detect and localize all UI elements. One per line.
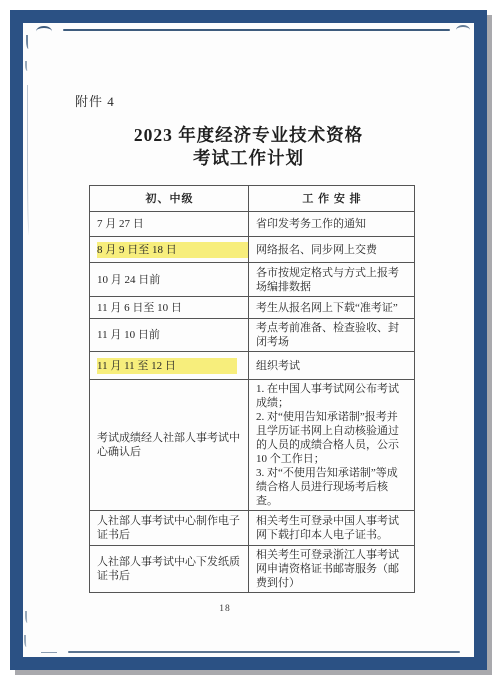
date-cell: 人社部人事考试中心制作电子证书后 — [90, 511, 249, 546]
screenshot-canvas: 附件 4 2023 年度经济专业技术资格 考试工作计划 初、中级 工 作 安 排… — [0, 0, 500, 685]
task-cell: 组织考试 — [249, 352, 415, 380]
task-cell: 各市按规定格式与方式上报考场编排数据 — [249, 263, 415, 297]
scan-artifact-top-line — [63, 29, 450, 31]
attachment-label: 附件 4 — [75, 91, 115, 110]
document-page: 附件 4 2023 年度经济专业技术资格 考试工作计划 初、中级 工 作 安 排… — [23, 23, 474, 657]
task-cell: 考生从报名网上下载“准考证” — [249, 297, 415, 319]
document-title-line2: 考试工作计划 — [23, 147, 474, 170]
task-cell: 省印发考务工作的通知 — [249, 212, 415, 237]
task-item-2: 2. 对“使用告知承诺制”报考并且学历证书网上自动核验通过的人员的成绩合格人员，… — [256, 410, 408, 466]
date-cell: 人社部人事考试中心下发纸质证书后 — [90, 546, 249, 593]
highlighted-date: 11 月 11 至 12 日 — [97, 358, 237, 374]
task-item-1: 1. 在中国人事考试网公布考试成绩； — [256, 382, 408, 410]
table-row: 7 月 27 日 省印发考务工作的通知 — [90, 212, 415, 237]
header-level-column: 初、中级 — [90, 186, 249, 212]
table-row: 11 月 11 至 12 日 组织考试 — [90, 352, 415, 380]
scan-artifact-left-mark — [24, 635, 28, 647]
document-title-line1: 2023 年度经济专业技术资格 — [23, 124, 474, 147]
date-cell: 考试成绩经人社部人事考试中心确认后 — [90, 380, 249, 511]
table-row: 人社部人事考试中心下发纸质证书后 相关考生可登录浙江人事考试网申请资格证书邮寄服… — [90, 546, 415, 593]
exam-schedule-table: 初、中级 工 作 安 排 7 月 27 日 省印发考务工作的通知 8 月 9 日… — [89, 185, 415, 593]
table-row: 10 月 24 日前 各市按规定格式与方式上报考场编排数据 — [90, 263, 415, 297]
date-cell: 8 月 9 日至 18 日 — [90, 237, 249, 263]
table-row: 8 月 9 日至 18 日 网络报名、同步网上交费 — [90, 237, 415, 263]
table-header-row: 初、中级 工 作 安 排 — [90, 186, 415, 212]
scan-artifact-top-left-arc — [36, 26, 52, 37]
task-item-3: 3. 对“不使用告知承诺制”等成绩合格人员进行现场考后核查。 — [256, 466, 408, 508]
header-arrangement-column: 工 作 安 排 — [249, 186, 415, 212]
scan-artifact-bottom-dash — [41, 652, 57, 653]
scan-artifact-left-mark — [26, 35, 30, 49]
table-row: 考试成绩经人社部人事考试中心确认后 1. 在中国人事考试网公布考试成绩； 2. … — [90, 380, 415, 511]
date-cell: 7 月 27 日 — [90, 212, 249, 237]
task-cell: 网络报名、同步网上交费 — [249, 237, 415, 263]
document-title: 2023 年度经济专业技术资格 考试工作计划 — [23, 124, 474, 170]
task-cell: 考点考前准备、检查验收、封闭考场 — [249, 319, 415, 352]
highlighted-date: 8 月 9 日至 18 日 — [97, 242, 248, 258]
task-cell: 相关考生可登录浙江人事考试网申请资格证书邮寄服务（邮费到付） — [249, 546, 415, 593]
blue-page-frame: 附件 4 2023 年度经济专业技术资格 考试工作计划 初、中级 工 作 安 排… — [10, 10, 487, 670]
table-row: 11 月 10 日前 考点考前准备、检查验收、封闭考场 — [90, 319, 415, 352]
page-number: 18 — [23, 604, 427, 614]
table-row: 11 月 6 日至 10 日 考生从报名网上下载“准考证” — [90, 297, 415, 319]
task-cell: 相关考生可登录中国人事考试网下载打印本人电子证书。 — [249, 511, 415, 546]
date-cell: 11 月 10 日前 — [90, 319, 249, 352]
task-cell: 1. 在中国人事考试网公布考试成绩； 2. 对“使用告知承诺制”报考并且学历证书… — [249, 380, 415, 511]
date-cell: 10 月 24 日前 — [90, 263, 249, 297]
date-cell: 11 月 11 至 12 日 — [90, 352, 249, 380]
scan-artifact-top-right-arc — [456, 25, 470, 35]
table-row: 人社部人事考试中心制作电子证书后 相关考生可登录中国人事考试网下载打印本人电子证… — [90, 511, 415, 546]
date-cell: 11 月 6 日至 10 日 — [90, 297, 249, 319]
scan-artifact-left-mark — [25, 61, 29, 71]
scan-artifact-bottom-line — [68, 651, 460, 653]
